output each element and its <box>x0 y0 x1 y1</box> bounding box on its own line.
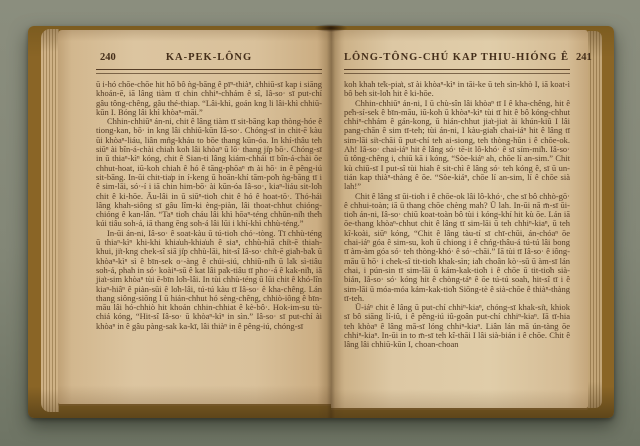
page-edges-left <box>41 29 59 412</box>
book: 240 KA-PEK-LÔNG ū i-hó chōe-chōe hit hō … <box>28 26 614 418</box>
right-running-title: LÔNG-TÔNG-CHÚ KAP THIU-HIÓNG Ê <box>344 52 569 63</box>
left-running-title: KA-PEK-LÔNG <box>166 52 252 63</box>
right-page-header: LÔNG-TÔNG-CHÚ KAP THIU-HIÓNG Ê241 <box>344 52 570 66</box>
page-edges-right <box>588 31 602 408</box>
photo-background: 240 KA-PEK-LÔNG ū i-hó chōe-chōe hit hō … <box>0 0 640 446</box>
paragraph: In-ūi án-ni, Iâ-so· ê soat-kàu ū tú-tio̍… <box>96 229 322 331</box>
paragraph: Chhin-chhiūⁿ án-ni, I ū chù-sîn lâi khòa… <box>344 99 570 192</box>
left-page-header: 240 KA-PEK-LÔNG <box>96 52 322 66</box>
left-page: 240 KA-PEK-LÔNG ū i-hó chōe-chōe hit hō … <box>58 30 331 404</box>
paragraph: Ū-iáⁿ chit ê lâng ū put-chí chhiⁿ-kiaⁿ, … <box>344 303 570 349</box>
paragraph: Chit ê lâng sī ūi-tio̍h i ê chōe-ok lâi … <box>344 192 570 304</box>
left-header-rule <box>96 69 322 74</box>
right-page-body: koh khah te̍k-pia̍t, sī ài khòaⁿ-kìⁿ in … <box>344 80 570 350</box>
right-page: LÔNG-TÔNG-CHÚ KAP THIU-HIÓNG Ê241 koh kh… <box>331 30 588 408</box>
left-page-body: ū i-hó chōe-chōe hit hō bô ǹg-bāng ê pīⁿ… <box>96 80 322 331</box>
paragraph: Chhin-chhiūⁿ án-ni, chit ê lâng tiàm tī … <box>96 117 322 229</box>
paragraph: ū i-hó chōe-chōe hit hō bô ǹg-bāng ê pīⁿ… <box>96 80 322 117</box>
right-page-number: 241 <box>576 52 592 63</box>
paragraph: koh khah te̍k-pia̍t, sī ài khòaⁿ-kìⁿ in … <box>344 80 570 99</box>
gutter-blemish <box>314 24 348 32</box>
left-page-number: 240 <box>100 52 116 63</box>
right-header-rule <box>344 69 570 74</box>
